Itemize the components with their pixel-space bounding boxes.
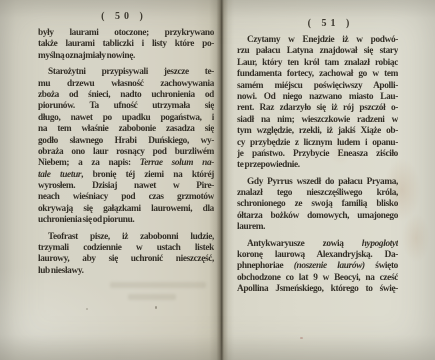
text-line: Gdy Pyrrus wszedł do pałacu Pryama,	[237, 177, 398, 188]
body-text: tym względzie, rzekli, iż jakiś Xiąże ob…	[237, 126, 398, 136]
body-text: Niebem; a za napis:	[38, 158, 140, 168]
body-text: mu drzewu własność zachowywania	[38, 79, 214, 89]
text-line: laurowy, aby się uchronić nieszczęść,	[38, 254, 214, 265]
text-line: piorunów. Ta ufność utrzymała się	[38, 101, 214, 112]
italic-text: hypoglotyt	[362, 239, 398, 249]
body-text: znalazł tego nieszczęśliwego króla,	[237, 188, 398, 198]
body-text: Starożytni przypisywali jeszcze te-	[48, 67, 214, 77]
text-line: je państwo. Przybycie Eneasza ziściło	[237, 149, 398, 160]
page-number-right: ( 51 )	[220, 18, 435, 29]
text-line: uchronienia się od piorunu.	[38, 215, 214, 226]
paper-speck	[86, 308, 88, 310]
paragraph: Teofrast pisze, iż zabobonni ludzie,trzy…	[38, 232, 214, 278]
body-text: trzymali codziennie w ustach listek	[38, 243, 214, 253]
body-text: siadł na nim; wieszczkowie radzeni w	[237, 115, 398, 125]
paragraph: Czytamy w Enejdzie iż w podwó-rzu pałacu…	[237, 35, 398, 172]
body-text: Teofrast pisze, iż zabobonni ludzie,	[48, 232, 214, 242]
book-scan: ( 50 ) były laurami otoczone; przykrywan…	[0, 0, 435, 360]
text-line: zboża od śnieci, nadto uchronienia od	[38, 90, 214, 101]
text-line: na tem właśnie zabobonie zasadza się	[38, 124, 214, 135]
text-line: nowi. Od niego nazwano miasto Lau-	[237, 92, 398, 103]
text-line: tale tuetur, bronię téj ziemi na któréj	[38, 170, 214, 181]
body-text: neach wieśniacy pod czas grzmotów	[38, 192, 214, 202]
body-text: phnephoriae	[237, 261, 294, 271]
text-line: schronionego ze swoją familią blisko	[237, 199, 398, 210]
text-line: także laurami tabliczki i listy które po…	[38, 39, 214, 50]
italic-text: (noszenie laurów)	[294, 261, 365, 271]
body-text: długo, nawet po upadku pogaństwa, i	[38, 113, 214, 123]
body-text: na tem właśnie zabobonie zasadza się	[38, 124, 214, 134]
body-text: schronionego ze swoją familią blisko	[237, 199, 398, 209]
text-line: Apollina Jsmeńskiego, którego to świę-	[237, 284, 398, 295]
page-right: ( 51 ) Czytamy w Enejdzie iż w podwó-rzu…	[220, 0, 435, 360]
text-line: rent. Raz zdarzyło się iż rój pszczół o-	[237, 103, 398, 114]
page-right-text: Czytamy w Enejdzie iż w podwó-rzu pałacu…	[237, 35, 398, 296]
paragraph: Gdy Pyrrus wszedł do pałacu Pryama,znala…	[237, 177, 398, 234]
body-text: koronę laurową Alexandryjską. Da-	[237, 250, 398, 260]
text-line: Starożytni przypisywali jeszcze te-	[38, 67, 214, 78]
body-text: samém miéjscu poświęciwszy Apolli-	[237, 81, 398, 91]
italic-text: tale tuetur	[38, 170, 81, 180]
text-line: te przepowiednie.	[237, 160, 398, 171]
text-line: były laurami otoczone; przykrywano	[38, 28, 214, 39]
paragraph: Starożytni przypisywali jeszcze te-mu dr…	[38, 67, 214, 226]
text-line: Czytamy w Enejdzie iż w podwó-	[237, 35, 398, 46]
text-line: wyrosłem. Dzisiaj nawet w Pire-	[38, 181, 214, 192]
body-text: laurem.	[237, 222, 265, 232]
body-text: były laurami otoczone; przykrywano	[38, 28, 214, 38]
italic-text: Terrae solum na-	[140, 158, 214, 168]
body-text: obchodzone co lat 9 w Beocyi, na cześć	[237, 273, 398, 283]
text-line: Teofrast pisze, iż zabobonni ludzie,	[38, 232, 214, 243]
text-line: okrywają się gałązkami laurowemi, dla	[38, 204, 214, 215]
body-text: Gdy Pyrrus wszedł do pałacu Pryama,	[247, 177, 398, 187]
text-line: długo, nawet po upadku pogaństwa, i	[38, 113, 214, 124]
text-line: phnephoriae (noszenie laurów) święto	[237, 261, 398, 272]
text-line: tym względzie, rzekli, iż jakiś Xiąże ob…	[237, 126, 398, 137]
body-text: myślną oznajmiały nowinę.	[38, 51, 135, 61]
text-line: cy przybędzie z licznym ludem i opanu-	[237, 138, 398, 149]
show-through-mark	[110, 282, 206, 288]
body-text: rzu pałacu Latyna znajdował się stary	[237, 46, 398, 56]
text-line: trzymali codziennie w ustach listek	[38, 243, 214, 254]
text-line: ółtarza bożków domowych, umajonego	[237, 211, 398, 222]
text-line: znalazł tego nieszczęśliwego króla,	[237, 188, 398, 199]
text-line: myślną oznajmiały nowinę.	[38, 51, 214, 62]
body-text: ółtarza bożków domowych, umajonego	[237, 211, 398, 221]
body-text: laurowy, aby się uchronić nieszczęść,	[38, 254, 214, 264]
text-line: koronę laurową Alexandryjską. Da-	[237, 250, 398, 261]
page-number-left: ( 50 )	[0, 11, 220, 22]
text-line: Antykwaryusze zowią hypoglotyt	[237, 239, 398, 250]
text-line: samém miéjscu poświęciwszy Apolli-	[237, 81, 398, 92]
text-line: Laur, który ten król tam znalazł robiąc	[237, 58, 398, 69]
body-text: fundamenta fortecy, zachował go w tem	[237, 69, 398, 79]
text-line: fundamenta fortecy, zachował go w tem	[237, 69, 398, 80]
text-line: rzu pałacu Latyna znajdował się stary	[237, 46, 398, 57]
text-line: mu drzewu własność zachowywania	[38, 79, 214, 90]
text-line: Niebem; a za napis: Terrae solum na-	[38, 158, 214, 169]
body-text: je państwo. Przybycie Eneasza ziściło	[237, 149, 398, 159]
body-text: nowi. Od niego nazwano miasto Lau-	[237, 92, 398, 102]
body-text: Apollina Jsmeńskiego, którego to świę-	[237, 284, 398, 294]
text-line: godło sławnego Hrabi Duńskiego, wy-	[38, 136, 214, 147]
body-text: okrywają się gałązkami laurowemi, dla	[38, 204, 214, 214]
body-text: lub niesławy.	[38, 266, 84, 276]
text-line: obchodzone co lat 9 w Beocyi, na cześć	[237, 273, 398, 284]
body-text: piorunów. Ta ufność utrzymała się	[38, 101, 214, 111]
body-text: zboża od śnieci, nadto uchronienia od	[38, 90, 214, 100]
body-text: godło sławnego Hrabi Duńskiego, wy-	[38, 136, 214, 146]
body-text: , bronię téj ziemi na któréj	[81, 170, 214, 180]
body-text: wyrosłem. Dzisiaj nawet w Pire-	[38, 181, 214, 191]
text-line: neach wieśniacy pod czas grzmotów	[38, 192, 214, 203]
text-line: siadł na nim; wieszczkowie radzeni w	[237, 115, 398, 126]
paragraph: były laurami otoczone; przykrywanotakże …	[38, 28, 214, 62]
text-line: laurem.	[237, 222, 398, 233]
paragraph: Antykwaryusze zowią hypoglotytkoronę lau…	[237, 239, 398, 296]
text-line: obraża ono laur rosnący pod burzliwém	[38, 147, 214, 158]
body-text: święto	[365, 261, 398, 271]
page-left: ( 50 ) były laurami otoczone; przykrywan…	[0, 0, 220, 360]
body-text: Antykwaryusze zowią	[247, 239, 362, 249]
body-text: te przepowiednie.	[237, 160, 300, 170]
body-text: rent. Raz zdarzyło się iż rój pszczół o-	[237, 103, 398, 113]
page-left-text: były laurami otoczone; przykrywanotakże …	[38, 28, 214, 277]
body-text: obraża ono laur rosnący pod burzliwém	[38, 147, 214, 157]
body-text: także laurami tabliczki i listy które po…	[38, 39, 214, 49]
body-text: Laur, który ten król tam znalazł robiąc	[237, 58, 398, 68]
body-text: uchronienia się od piorunu.	[38, 215, 134, 225]
body-text: cy przybędzie z licznym ludem i opanu-	[237, 138, 398, 148]
show-through-mark	[128, 294, 176, 300]
body-text: Czytamy w Enejdzie iż w podwó-	[247, 35, 398, 45]
paper-speck	[155, 306, 157, 309]
text-line: lub niesławy.	[38, 266, 214, 277]
